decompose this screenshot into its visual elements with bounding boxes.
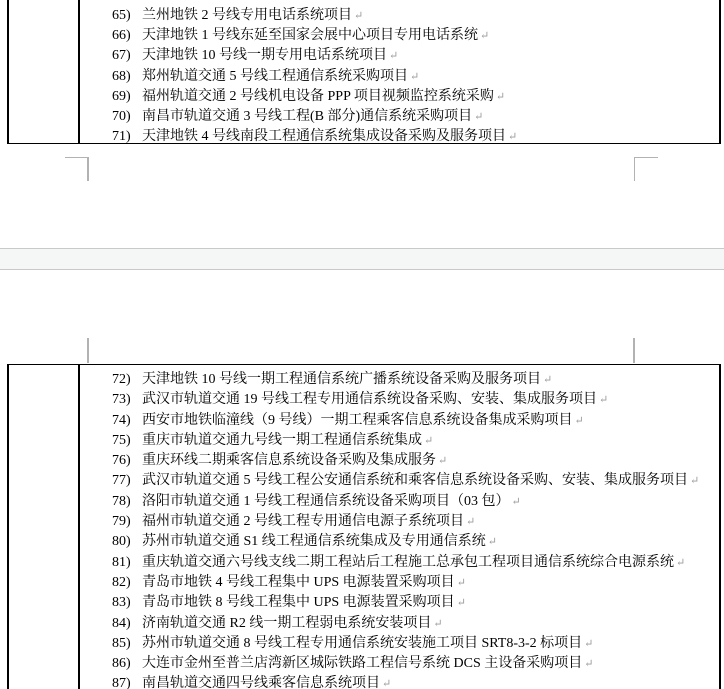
table-column-divider bbox=[78, 0, 80, 144]
item-number: 80) bbox=[112, 532, 142, 552]
item-text: 天津地铁 1 号线东延至国家会展中心项目专用电话系统 bbox=[142, 28, 478, 43]
list-item: 65)兰州地铁 2 号线专用电话系统项目↵ bbox=[112, 6, 517, 26]
paragraph-mark-icon: ↵ bbox=[496, 91, 505, 103]
list-item: 82)青岛市地铁 4 号线工程集中 UPS 电源装置采购项目↵ bbox=[112, 573, 699, 593]
item-text: 天津地铁 4 号线南段工程通信系统集成设备采购及服务项目 bbox=[142, 129, 506, 144]
item-number: 70) bbox=[112, 107, 142, 127]
item-number: 84) bbox=[112, 614, 142, 634]
paragraph-mark-icon: ↵ bbox=[575, 415, 584, 427]
item-number: 66) bbox=[112, 26, 142, 46]
page-gap-separator bbox=[0, 248, 724, 270]
item-number: 71) bbox=[112, 127, 142, 147]
item-text: 西安市地铁临潼线（9 号线）一期工程乘客信息系统设备集成采购项目 bbox=[142, 413, 573, 428]
list-item: 86)大连市金州至普兰店湾新区城际铁路工程信号系统 DCS 主设备采购项目↵ bbox=[112, 654, 699, 674]
item-text: 南昌市轨道交通 3 号线工程(B 部分)通信系统采购项目 bbox=[142, 109, 472, 124]
item-text: 青岛市地铁 8 号线工程集中 UPS 电源装置采购项目 bbox=[142, 595, 455, 610]
paragraph-mark-icon: ↵ bbox=[424, 435, 433, 447]
item-number: 68) bbox=[112, 67, 142, 87]
item-number: 69) bbox=[112, 87, 142, 107]
margin-corner-bottom-left-icon bbox=[65, 157, 89, 159]
item-text: 福州轨道交通 2 号线机电设备 PPP 项目视频监控系统采购 bbox=[142, 89, 494, 104]
paragraph-mark-icon: ↵ bbox=[457, 597, 466, 609]
item-number: 72) bbox=[112, 370, 142, 390]
list-item: 78)洛阳市轨道交通 1 号线工程通信系统设备采购项目（03 包）↵ bbox=[112, 492, 699, 512]
list-item: 83)青岛市地铁 8 号线工程集中 UPS 电源装置采购项目↵ bbox=[112, 593, 699, 613]
item-text: 重庆轨道交通六号线支线二期工程站后工程施工总承包工程项目通信系统综合电源系统 bbox=[142, 555, 674, 570]
item-text: 福州市轨道交通 2 号线工程专用通信电源子系统项目 bbox=[142, 514, 464, 529]
item-number: 82) bbox=[112, 573, 142, 593]
item-number: 67) bbox=[112, 46, 142, 66]
margin-corner-top-right-icon bbox=[633, 338, 635, 363]
item-text: 洛阳市轨道交通 1 号线工程通信系统设备采购项目（03 包） bbox=[142, 494, 510, 509]
item-text: 南昌轨道交通四号线乘客信息系统项目 bbox=[142, 676, 380, 689]
paragraph-mark-icon: ↵ bbox=[676, 557, 685, 569]
paragraph-mark-icon: ↵ bbox=[543, 374, 552, 386]
item-text: 苏州市轨道交通 S1 线工程通信系统集成及专用通信系统 bbox=[142, 534, 486, 549]
paragraph-mark-icon: ↵ bbox=[433, 618, 442, 630]
table-left-border bbox=[7, 0, 9, 144]
list-item: 87)南昌轨道交通四号线乘客信息系统项目↵ bbox=[112, 674, 699, 689]
paragraph-mark-icon: ↵ bbox=[488, 536, 497, 548]
item-number: 77) bbox=[112, 471, 142, 491]
page-1-bottom: 65)兰州地铁 2 号线专用电话系统项目↵ 66)天津地铁 1 号线东延至国家会… bbox=[0, 0, 724, 248]
item-number: 73) bbox=[112, 390, 142, 410]
paragraph-mark-icon: ↵ bbox=[512, 496, 521, 508]
paragraph-mark-icon: ↵ bbox=[584, 638, 593, 650]
list-item: 75)重庆市轨道交通九号线一期工程通信系统集成↵ bbox=[112, 431, 699, 451]
item-text: 重庆市轨道交通九号线一期工程通信系统集成 bbox=[142, 433, 422, 448]
list-item: 73)武汉市轨道交通 19 号线工程专用通信系统设备采购、安装、集成服务项目↵ bbox=[112, 390, 699, 410]
item-text: 青岛市地铁 4 号线工程集中 UPS 电源装置采购项目 bbox=[142, 575, 455, 590]
margin-corner-bottom-right-icon bbox=[634, 157, 658, 159]
paragraph-mark-icon: ↵ bbox=[480, 30, 489, 42]
list-item: 84)济南轨道交通 R2 线一期工程弱电系统安装项目↵ bbox=[112, 614, 699, 634]
paragraph-mark-icon: ↵ bbox=[382, 678, 391, 689]
item-text: 武汉市轨道交通 5 号线工程公安通信系统和乘客信息系统设备采购、安装、集成服务项… bbox=[142, 473, 688, 488]
margin-corner-top-left-icon bbox=[87, 338, 89, 363]
list-item: 67)天津地铁 10 号线一期专用电话系统项目↵ bbox=[112, 46, 517, 66]
margin-corner-bottom-right-icon bbox=[634, 157, 636, 182]
table-top-border bbox=[7, 364, 721, 366]
table-right-border bbox=[719, 0, 721, 144]
paragraph-mark-icon: ↵ bbox=[584, 658, 593, 670]
item-text: 大连市金州至普兰店湾新区城际铁路工程信号系统 DCS 主设备采购项目 bbox=[142, 656, 582, 671]
list-item: 74)西安市地铁临潼线（9 号线）一期工程乘客信息系统设备集成采购项目↵ bbox=[112, 411, 699, 431]
item-number: 78) bbox=[112, 492, 142, 512]
list-item: 85)苏州市轨道交通 8 号线工程专用通信系统安装施工项目 SRT8-3-2 标… bbox=[112, 634, 699, 654]
list-item: 80)苏州市轨道交通 S1 线工程通信系统集成及专用通信系统↵ bbox=[112, 532, 699, 552]
list-item: 81)重庆轨道交通六号线支线二期工程站后工程施工总承包工程项目通信系统综合电源系… bbox=[112, 553, 699, 573]
table-left-border bbox=[7, 364, 9, 689]
list-item: 69)福州轨道交通 2 号线机电设备 PPP 项目视频监控系统采购↵ bbox=[112, 87, 517, 107]
list-item: 77)武汉市轨道交通 5 号线工程公安通信系统和乘客信息系统设备采购、安装、集成… bbox=[112, 471, 699, 491]
item-text: 兰州地铁 2 号线专用电话系统项目 bbox=[142, 8, 352, 23]
paragraph-mark-icon: ↵ bbox=[508, 131, 517, 143]
item-number: 83) bbox=[112, 593, 142, 613]
paragraph-mark-icon: ↵ bbox=[389, 50, 398, 62]
list-item: 72)天津地铁 10 号线一期工程通信系统广播系统设备采购及服务项目↵ bbox=[112, 370, 699, 390]
paragraph-mark-icon: ↵ bbox=[466, 516, 475, 528]
list-item: 68)郑州轨道交通 5 号线工程通信系统采购项目↵ bbox=[112, 67, 517, 87]
item-number: 87) bbox=[112, 674, 142, 689]
item-number: 75) bbox=[112, 431, 142, 451]
list-item: 79)福州市轨道交通 2 号线工程专用通信电源子系统项目↵ bbox=[112, 512, 699, 532]
margin-corner-bottom-left-icon bbox=[87, 157, 89, 182]
item-number: 65) bbox=[112, 6, 142, 26]
paragraph-mark-icon: ↵ bbox=[457, 577, 466, 589]
page-2-top: 72)天津地铁 10 号线一期工程通信系统广播系统设备采购及服务项目↵ 73)武… bbox=[0, 270, 724, 689]
item-number: 76) bbox=[112, 451, 142, 471]
item-list-page1: 65)兰州地铁 2 号线专用电话系统项目↵ 66)天津地铁 1 号线东延至国家会… bbox=[112, 6, 517, 147]
item-number: 74) bbox=[112, 411, 142, 431]
item-text: 济南轨道交通 R2 线一期工程弱电系统安装项目 bbox=[142, 616, 431, 631]
word-print-layout-view: 65)兰州地铁 2 号线专用电话系统项目↵ 66)天津地铁 1 号线东延至国家会… bbox=[0, 0, 724, 689]
table-right-border bbox=[719, 364, 721, 689]
item-list-page2: 72)天津地铁 10 号线一期工程通信系统广播系统设备采购及服务项目↵ 73)武… bbox=[112, 370, 699, 689]
item-number: 85) bbox=[112, 634, 142, 654]
item-number: 86) bbox=[112, 654, 142, 674]
list-item: 66)天津地铁 1 号线东延至国家会展中心项目专用电话系统↵ bbox=[112, 26, 517, 46]
list-item: 71)天津地铁 4 号线南段工程通信系统集成设备采购及服务项目↵ bbox=[112, 127, 517, 147]
list-item: 70)南昌市轨道交通 3 号线工程(B 部分)通信系统采购项目↵ bbox=[112, 107, 517, 127]
item-text: 郑州轨道交通 5 号线工程通信系统采购项目 bbox=[142, 69, 408, 84]
item-text: 天津地铁 10 号线一期工程通信系统广播系统设备采购及服务项目 bbox=[142, 372, 541, 387]
item-text: 武汉市轨道交通 19 号线工程专用通信系统设备采购、安装、集成服务项目 bbox=[142, 392, 597, 407]
paragraph-mark-icon: ↵ bbox=[474, 111, 483, 123]
paragraph-mark-icon: ↵ bbox=[354, 10, 363, 22]
paragraph-mark-icon: ↵ bbox=[410, 71, 419, 83]
table-column-divider bbox=[78, 364, 80, 689]
item-text: 天津地铁 10 号线一期专用电话系统项目 bbox=[142, 48, 387, 63]
item-number: 81) bbox=[112, 553, 142, 573]
list-item: 76)重庆环线二期乘客信息系统设备采购及集成服务↵ bbox=[112, 451, 699, 471]
item-number: 79) bbox=[112, 512, 142, 532]
paragraph-mark-icon: ↵ bbox=[690, 475, 699, 487]
paragraph-mark-icon: ↵ bbox=[599, 394, 608, 406]
item-text: 重庆环线二期乘客信息系统设备采购及集成服务 bbox=[142, 453, 436, 468]
item-text: 苏州市轨道交通 8 号线工程专用通信系统安装施工项目 SRT8-3-2 标项目 bbox=[142, 636, 582, 651]
paragraph-mark-icon: ↵ bbox=[438, 455, 447, 467]
